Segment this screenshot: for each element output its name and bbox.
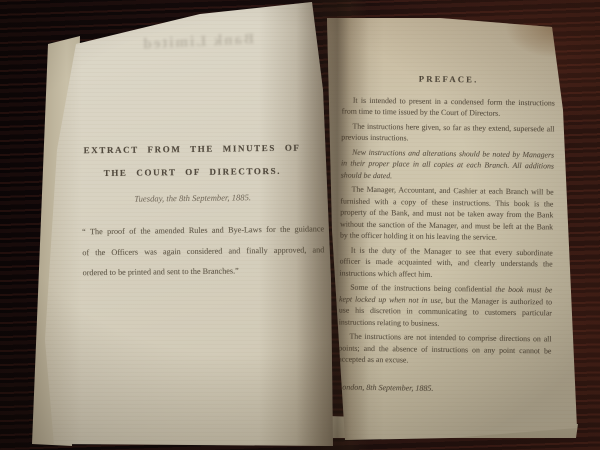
- preface-paragraph-1: It is intended to present in a condensed…: [342, 94, 555, 120]
- preface-paragraph-6: Some of the instructions being confident…: [339, 282, 553, 331]
- show-through-text: Bank Limited: [97, 29, 298, 55]
- quote-line: “ The proof of the amended Rules and Bye…: [82, 219, 324, 242]
- preface-paragraph-3: New instructions and alterations should …: [341, 146, 554, 183]
- left-page: Bank Limited EXTRACT FROM THE MINUTES OF…: [40, 0, 336, 450]
- extract-title-line2: THE COURT OF DIRECTORS.: [67, 159, 317, 185]
- preface-dateline: London, 8th September, 1885.: [338, 381, 551, 395]
- preface-heading: PREFACE.: [342, 73, 555, 87]
- quote-line: of the Officers was again considered and…: [82, 240, 324, 263]
- extract-title: EXTRACT FROM THE MINUTES OF THE COURT OF…: [67, 136, 318, 185]
- preface-paragraph-4: The Manager, Accountant, and Cashier at …: [340, 184, 554, 244]
- preface-content: PREFACE. It is intended to present in a …: [338, 73, 555, 396]
- preface-paragraph-2: The instructions here given, so far as t…: [341, 120, 554, 146]
- minutes-dateline: Tuesday, the 8th September, 1885.: [68, 191, 318, 204]
- preface-paragraph-5: It is the duty of the Manager to see tha…: [339, 244, 552, 281]
- right-page: PREFACE. It is intended to present in a …: [320, 14, 586, 446]
- quote-line: ordered to be printed and sent to the Br…: [82, 260, 324, 283]
- preface-paragraph-7: The instructions are not intended to com…: [338, 331, 551, 368]
- left-page-content: Bank Limited EXTRACT FROM THE MINUTES OF…: [37, 0, 338, 450]
- minutes-quote: “ The proof of the amended Rules and Bye…: [82, 219, 325, 283]
- extract-title-line1: EXTRACT FROM THE MINUTES OF: [67, 136, 317, 162]
- paragraph-6-normal: Some of the instructions being confident…: [350, 283, 495, 294]
- photo-of-open-book: { "palette": { "wood_dark": "#170d0d", "…: [0, 0, 600, 450]
